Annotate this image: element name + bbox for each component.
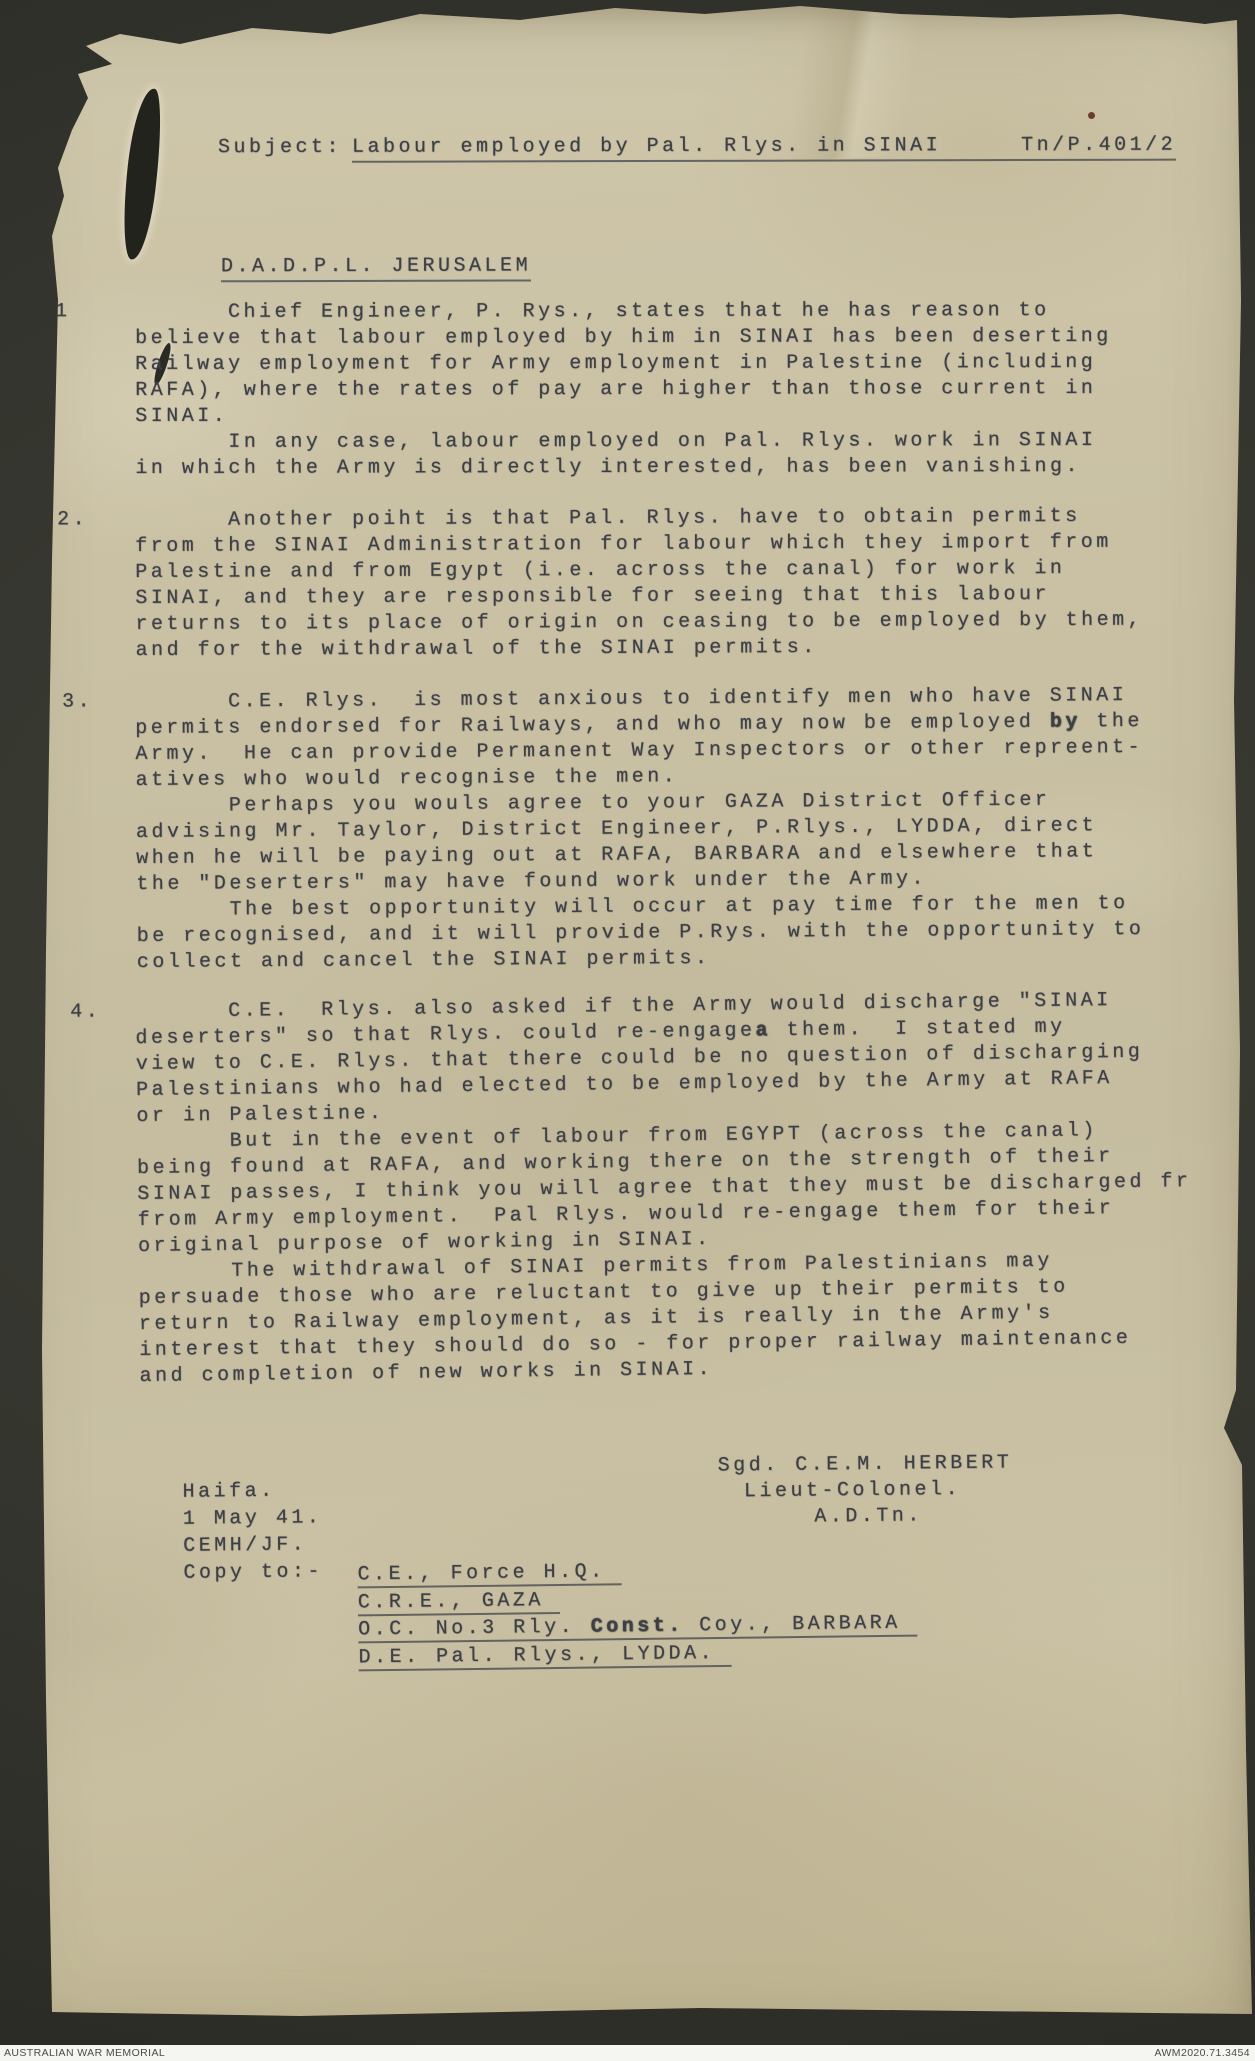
subject-label: Subject: xyxy=(218,136,342,159)
photographed-document: Subject:Labour employed by Pal. Rlys. in… xyxy=(0,0,1255,2061)
para-line: Railway employment for Army employment i… xyxy=(135,350,1112,378)
subject-ref: Tn/P.401/2 xyxy=(1021,134,1176,157)
paragraph-2: 2. Another poiht is that Pal. Rlys. have… xyxy=(0,503,1255,508)
subject-text: Labour employed by Pal. Rlys. in SINAI xyxy=(352,134,941,159)
copy-item-text: C.E., Force H.Q. xyxy=(357,1560,621,1588)
origin-place: Haifa. xyxy=(182,1477,322,1505)
paper-sheet: Subject:Labour employed by Pal. Rlys. in… xyxy=(0,0,1255,2045)
paragraph-number: 2. xyxy=(57,508,88,531)
signature-role: A.D.Tn. xyxy=(718,1502,1013,1531)
para-line: in which the Army is directly interested… xyxy=(135,454,1112,482)
subject-underlined: Labour employed by Pal. Rlys. in SINAITn… xyxy=(352,134,1176,163)
origin-date: 1 May 41. xyxy=(183,1504,323,1532)
paragraph-body: C.E. Rlys. also asked if the Army would … xyxy=(135,987,1194,1390)
subject-line: Subject:Labour employed by Pal. Rlys. in… xyxy=(125,111,1176,183)
paragraph-body: C.E. Rlys. is most anxious to identify m… xyxy=(135,683,1145,976)
archive-name: AUSTRALIAN WAR MEMORIAL xyxy=(4,2047,165,2059)
para-line: believe that labour employed by him in S… xyxy=(135,324,1112,352)
archive-id: AWM2020.71.3454 xyxy=(1154,2047,1250,2059)
copy-list: C.E., Force H.Q.C.R.E., GAZAO.C. No.3 Rl… xyxy=(357,1555,917,1672)
addressee: D.A.D.P.L. JERUSALEM xyxy=(221,254,531,282)
copy-item-text: C.R.E., GAZA xyxy=(358,1588,560,1615)
para-line: SINAI. xyxy=(135,402,1112,430)
origin-ref: CEMH/JF. xyxy=(183,1531,323,1559)
para-line: and for the withdrawal of the SINAI perm… xyxy=(136,634,1144,664)
signature-sgd: Sgd. C.E.M. HERBERT xyxy=(718,1450,1013,1479)
paragraph-body: Chief Engineer, P. Rys., states that he … xyxy=(135,298,1112,482)
paragraph-3: 3. C.E. Rlys. is most anxious to identif… xyxy=(0,682,1255,691)
paragraph-number: 1 xyxy=(55,300,71,323)
paragraph-number: 4. xyxy=(70,1000,101,1023)
copy-item-text: D.E. Pal. Rlys., LYDDA. xyxy=(358,1641,731,1671)
copy-to-label: Copy to:- xyxy=(183,1558,323,1586)
para-line: returns to its place of origin on ceasin… xyxy=(135,608,1143,638)
signature-rank: Lieut-Colonel. xyxy=(718,1476,1013,1505)
archive-footer-bar: AUSTRALIAN WAR MEMORIAL AWM2020.71.3454 xyxy=(0,2045,1255,2061)
para-line: RAFA), where the rates of pay are higher… xyxy=(135,376,1112,404)
para-line: In any case, labour employed on Pal. Rly… xyxy=(135,428,1112,456)
para-line: Chief Engineer, P. Rys., states that he … xyxy=(135,298,1112,326)
signature-block: Sgd. C.E.M. HERBERT Lieut-Colonel. A.D.T… xyxy=(718,1450,1013,1531)
paragraph-number: 3. xyxy=(62,690,93,713)
addressee-line: D.A.D.P.L. JERUSALEM xyxy=(128,231,531,301)
paragraph-body: Another poiht is that Pal. Rlys. have to… xyxy=(135,504,1143,664)
origin-block: Haifa. 1 May 41. CEMH/JF. Copy to:- xyxy=(182,1477,323,1586)
paragraph-4: 4. C.E. Rlys. also asked if the Army wou… xyxy=(0,986,1255,1001)
